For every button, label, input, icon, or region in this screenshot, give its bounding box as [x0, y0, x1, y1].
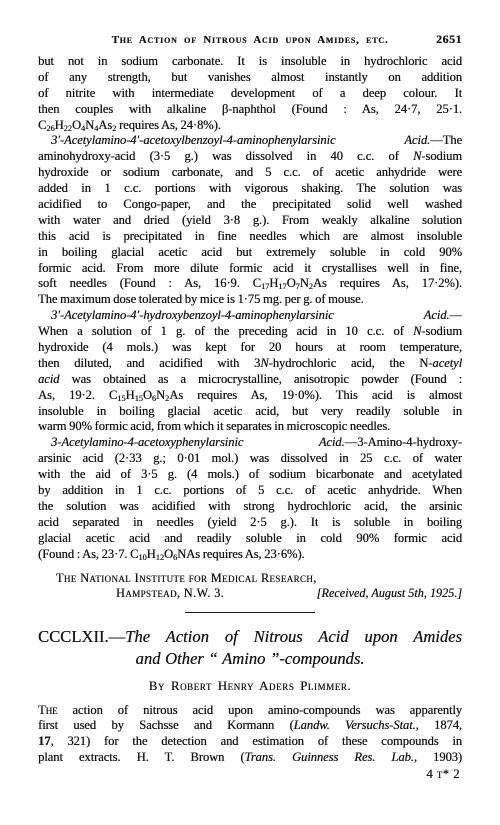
text-line: soft needles (Found : As, 16·9. C17H17O7… [38, 276, 462, 292]
text-line: 17, 321) for the detection and estimatio… [38, 734, 462, 750]
text-line: in boiling glacial acetic acid but extre… [38, 245, 462, 261]
page-number: 2651 [436, 33, 462, 46]
journal-page: The Action of Nitrous Acid upon Amides, … [0, 0, 500, 825]
text-line: acidified to Congo-paper, and the precip… [38, 197, 462, 213]
text-line: plant extracts. H. T. Brown (Trans. Guin… [38, 750, 462, 766]
text-line: The maximum dose tolerated by mice is 1·… [38, 292, 462, 308]
institute-line: The National Institute for Medical Resea… [56, 571, 462, 586]
received-date: [Received, August 5th, 1925.] [317, 586, 462, 601]
text-line: C26H22O4N4As2 requires As, 24·8%). [38, 118, 462, 134]
text-line: hydroxide or sodium carbonate, and 5 c.c… [38, 165, 462, 181]
place-text: Hampstead, N.W. 3. [116, 586, 224, 601]
text-line: aminohydroxy-acid (3·5 g.) was dissolved… [38, 149, 462, 165]
text-line: glacial acetic acid and readily soluble … [38, 531, 462, 547]
place-received-line: Hampstead, N.W. 3. [Received, August 5th… [38, 586, 462, 601]
text-line: but not in sodium carbonate. It is insol… [38, 54, 462, 70]
text-line: this acid is precipitated in fine needle… [38, 229, 462, 245]
article-intro-text: The action of nitrous acid upon amino-co… [38, 703, 462, 767]
text-line: warm 90% formic acid, from which it sepa… [38, 419, 462, 435]
text-line: by addition in 1 c.c. portions of 5 c.c.… [38, 483, 462, 499]
text-line: with water and dried (yield 3·8 g.). Fro… [38, 213, 462, 229]
running-header: The Action of Nitrous Acid upon Amides, … [38, 34, 462, 47]
author-byline: By Robert Henry Aders Plimmer. [38, 678, 462, 694]
text-line: acid separated in needles (yield 2·5 g.)… [38, 515, 462, 531]
text-line: the solution was acidified with strong h… [38, 499, 462, 515]
text-line: then couples with alkaline β-naphthol (F… [38, 102, 462, 118]
text-line: first used by Sachsse and Kormann (Landw… [38, 718, 462, 734]
text-line: 3′-Acetylamino-4′-acetoxylbenzoyl-4-amin… [38, 133, 462, 149]
text-line: then diluted, and acidified with 3N-hydr… [38, 356, 462, 372]
running-header-title: The Action of Nitrous Acid upon Amides, … [112, 34, 389, 46]
signature-mark: 4 t* 2 [38, 766, 462, 782]
text-line: of any strength, but vanishes almost ins… [38, 70, 462, 86]
section-divider [185, 612, 315, 613]
text-line: CCCLXII.—The Action of Nitrous Acid upon… [38, 626, 462, 649]
article-title: CCCLXII.—The Action of Nitrous Acid upon… [38, 626, 462, 671]
text-line: The action of nitrous acid upon amino-co… [38, 703, 462, 719]
text-line: acid was obtained as a microcrystalline,… [38, 372, 462, 388]
body-text: but not in sodium carbonate. It is insol… [38, 54, 462, 563]
footer-block: The National Institute for Medical Resea… [38, 571, 462, 601]
text-line: hydroxide (4 mols.) was kept for 20 hour… [38, 340, 462, 356]
text-line: and Other “ Amino ”-compounds. [38, 648, 462, 671]
text-line: When a solution of 1 g. of the preceding… [38, 324, 462, 340]
text-line: added in 1 c.c. portions with vigorous s… [38, 181, 462, 197]
text-line: with the aid of 3·5 g. (4 mols.) of sodi… [38, 467, 462, 483]
text-line: 3-Acetylamino-4-acetoxyphenylarsinic Aci… [38, 435, 462, 451]
text-line: insoluble in boiling glacial acetic acid… [38, 404, 462, 420]
text-line: As, 19·2. C15H15O6N2As requires As, 19·0… [38, 388, 462, 404]
text-line: formic acid. From more dilute formic aci… [38, 261, 462, 277]
text-line: 3′-Acetylamino-4′-hydroxybenzoyl-4-amino… [38, 308, 462, 324]
text-line: (Found : As, 23·7. C10H12O6NAs requires … [38, 547, 462, 563]
text-line: of nitrite with intermediate development… [38, 86, 462, 102]
text-line: arsinic acid (2·33 g.; 0·01 mol.) was di… [38, 451, 462, 467]
